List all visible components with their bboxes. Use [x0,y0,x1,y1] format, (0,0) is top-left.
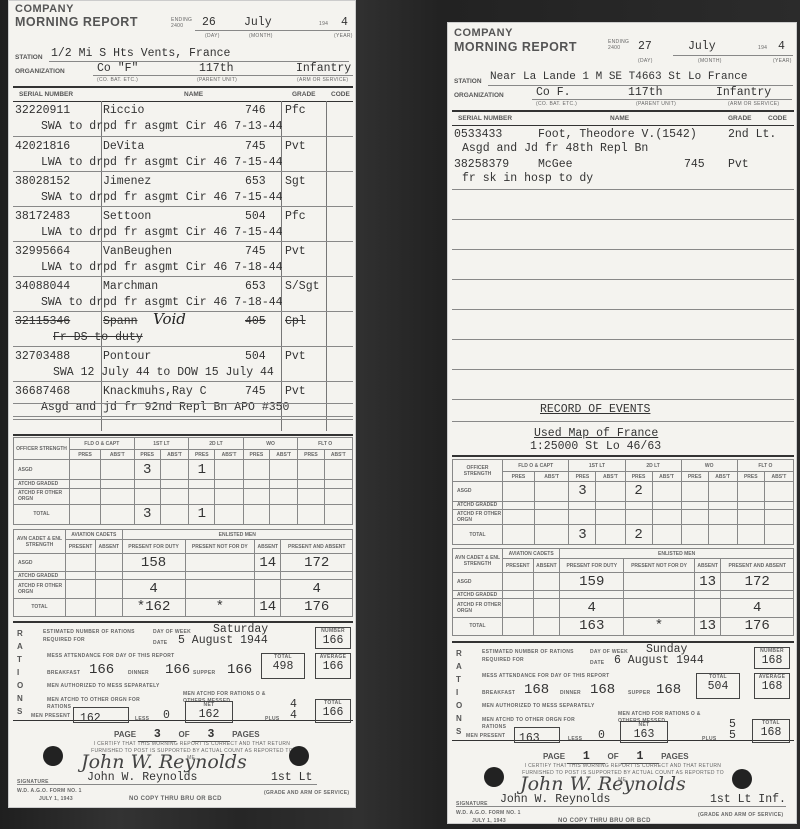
year-label: 194 [319,21,328,27]
officer-strength-label: OFFICER STRENGTH [453,460,503,482]
org-sublabel-arm: (ARM OR SERVICE) [297,77,348,83]
mess-total-box: TOTAL 498 [261,653,305,679]
signature: John W. Reynolds [81,751,247,773]
net-box: NET 162 [185,701,233,723]
row-total: TOTAL [14,598,66,617]
atchd-other-present-and-absent: 4 [721,599,794,617]
grade: Pfc [285,210,306,223]
dinner-label: DINNER [560,690,581,696]
group-wo: WO [243,438,298,450]
group-fld-o-capt: FLD O & CAPT [70,438,135,450]
ration-number: 166 [316,634,350,647]
serial-number: 34088044 [15,280,70,293]
remark-row: SWA 12 July 44 to DOW 15 July 44 [13,365,353,381]
col-present: PRESENT [66,540,96,554]
soldier-name: Settoon [103,210,151,223]
col-name: NAME [610,115,629,122]
number-box: NUMBER 166 [315,627,351,649]
soldier-name: Spann [103,315,138,328]
dinner-value: 168 [590,682,615,698]
entry-row: 36687468 Knackmuhs,Ray C 745 Pvt [13,382,353,402]
group-flt-o: FLT O [737,460,793,472]
remark-row: LWA to drpd fr asgmt Cir 46 7-18-44 [13,260,353,276]
row-atchd-other-orgn: ATCHD FR OTHER ORGN [14,580,66,598]
subcol-pres: PRES [503,472,535,482]
entries-list: 0533433 Foot, Theodore V.(1542) 2nd Lt. … [452,125,794,415]
day-sublabel: (DAY) [205,33,220,39]
total-present-and-absent: 176 [281,598,353,617]
mess-average: 166 [316,660,350,673]
rations-section: RATIONS ESTIMATED NUMBER OF RATIONS REQU… [452,641,794,741]
spec-code: 745 [245,385,266,398]
less-label: LESS [568,736,582,742]
entry-row: 32220911 Riccio 746 Pfc [13,101,353,121]
grand-total: 168 [753,726,789,739]
serial-number: 36687468 [15,385,70,398]
event-line-2: 1:25000 St Lo 46/63 [530,440,661,453]
breakfast-value: 166 [89,662,114,678]
organization-label: ORGANIZATION [454,92,504,99]
subcol-pres: PRES [681,472,708,482]
average-box: AVERAGE 166 [315,653,351,679]
mess-total: 504 [697,680,739,693]
serial-number: 38028152 [15,175,70,188]
month-sublabel: (MONTH) [249,33,273,39]
less-label: LESS [135,716,149,722]
group-flt-o: FLT O [298,438,353,450]
grade: S/Sgt [285,280,320,293]
grand-total-box: TOTAL 166 [315,699,351,723]
grade: Cpl [285,315,306,328]
date-label: DATE [153,640,167,646]
org-sublabel-arm: (ARM OR SERVICE) [728,101,779,107]
form-number: W.D. A.G.O. FORM NO. 1 [456,810,521,816]
subcol-abst: ABS'T [652,472,681,482]
report-day: 26 [202,16,216,29]
grade: Pfc [285,104,306,117]
asgd-absent: 14 [255,554,281,572]
station-label: STATION [454,78,482,85]
supper-label: SUPPER [193,670,215,676]
report-year: 4 [778,40,785,53]
form-note: NO COPY THRU BRU OR BCD [129,796,222,802]
supper-value: 166 [227,662,252,678]
enlisted-men-header: ENLISTED MEN [560,549,794,559]
atchd-other-present-for-duty: 4 [122,580,185,598]
entry-row: 38172483 Settoon 504 Pfc [13,207,353,227]
total-present-and-absent: 176 [721,617,794,636]
estimated-rations-label: ESTIMATED NUMBER OF RATIONS REQUIRED FOR [482,648,577,664]
group-1st-lt: 1ST LT [569,460,625,472]
row-atchd-graded: ATCHD GRADED [14,480,70,488]
subcol-abst: ABS'T [764,472,793,482]
form-title-report: MORNING REPORT [454,40,577,54]
binder-hole-left [484,767,504,787]
form-title-report: MORNING REPORT [15,15,138,29]
page-number: 1 [567,750,605,764]
page-indicator: PAGE 1 OF 1 PAGES [543,750,689,764]
event-line-1: Used Map of France [534,427,658,440]
ration-number: 168 [755,654,789,667]
page-number: 3 [138,728,176,742]
col-grade: GRADE [728,115,751,122]
total-present-not-for-dy: * [185,598,255,617]
mess-attendance-label: MESS ATTENDANCE FOR DAY OF THIS REPORT [482,673,610,679]
col-serial-number: SERIAL NUMBER [458,115,512,122]
first-lt-pres-total: 3 [569,525,596,545]
col-present-for-duty: PRESENT FOR DUTY [560,559,624,573]
form-number: W.D. A.G.O. FORM NO. 1 [17,788,82,794]
first-lt-pres-total: 3 [134,504,160,524]
ration-date-value: 6 August 1944 [614,654,704,667]
officer-strength-table: OFFICER STRENGTH FLD O & CAPT 1ST LT 2D … [452,459,794,545]
subcol-pres: PRES [243,450,269,460]
subcol-abst: ABS'T [324,450,352,460]
org-arm: Infantry [716,86,771,99]
ending-label: ENDING 2400 [171,17,191,29]
col-code: CODE [768,115,787,122]
ration-date-value: 5 August 1944 [178,634,268,647]
group-wo: WO [681,460,737,472]
rations-section: RATIONS ESTIMATED NUMBER OF RATIONS REQU… [13,621,353,721]
morning-report-card-july-27: COMPANY MORNING REPORT ENDING 2400 27 Ju… [447,22,797,824]
plus-value: 4 [290,709,297,722]
soldier-name: Marchman [103,280,158,293]
officer-strength-label: OFFICER STRENGTH [14,438,70,460]
group-1st-lt: 1ST LT [134,438,189,450]
entry-row: 42021816 DeVita 745 Pvt [13,137,353,157]
group-2d-lt: 2D LT [625,460,681,472]
remark-row: SWA to drpd fr asgmt Cir 46 7-15-44 [13,190,353,206]
remark: SWA to drpd fr asgmt Cir 46 7-18-44 [41,296,283,309]
date-label: DATE [590,660,604,666]
officer-strength-table: OFFICER STRENGTH FLD O & CAPT 1ST LT 2D … [13,437,353,525]
row-total: TOTAL [453,525,503,545]
remark-row: SWA to drpd fr asgmt Cir 46 7-18-44 [13,295,353,311]
org-sublabel-co: (CO. BAT. ETC.) [97,77,138,83]
remark-row: fr sk in hosp to dy [452,171,794,187]
org-parent-unit: 117th [628,86,663,99]
plus-value: 5 [729,729,736,742]
subcol-pres: PRES [189,450,215,460]
report-day: 27 [638,40,652,53]
grade: Pvt [285,245,306,258]
form-title-company: COMPANY [15,3,74,15]
subcol-abst: ABS'T [708,472,737,482]
organization-label: ORGANIZATION [15,68,65,75]
grade: Pvt [285,140,306,153]
enlisted-men-header: ENLISTED MEN [122,530,353,540]
asgd-present-for-duty: 159 [560,573,624,591]
rations-side-label: RATIONS [456,647,464,738]
average-box: AVERAGE 168 [754,673,790,699]
page-total: 1 [621,750,659,764]
spec-code: 504 [245,210,266,223]
remark: SWA to drpd fr asgmt Cir 46 7-13-44 [41,120,283,133]
spec-code: 504 [245,350,266,363]
dinner-value: 166 [165,662,190,678]
col-absent: ABSENT [96,540,122,554]
second-lt-pres-total: 2 [625,525,652,545]
remark: LWA to drpd fr asgmt Cir 46 7-15-44 [41,156,283,169]
col-em-absent: ABSENT [255,540,281,554]
breakfast-value: 168 [524,682,549,698]
subcol-pres: PRES [625,472,652,482]
second-lt-pres-asgd: 2 [625,482,652,502]
entry-row: 32995664 VanBeughen 745 Pvt [13,242,353,262]
first-lt-pres-asgd: 3 [569,482,596,502]
second-lt-pres-total: 1 [189,504,215,524]
subcol-pres: PRES [134,450,160,460]
row-total: TOTAL [14,504,70,524]
entry-row: 32703488 Pontour 504 Pvt [13,347,353,367]
row-asgd: ASGD [14,554,66,572]
remark-row: SWA to drpd fr asgmt Cir 46 7-13-44 [13,119,353,135]
remark-row: LWA to drpd fr asgmt Cir 46 7-15-44 [13,225,353,241]
remark: SWA to drpd fr asgmt Cir 46 7-15-44 [41,191,283,204]
remark: LWA to drpd fr asgmt Cir 46 7-18-44 [41,261,283,274]
col-present-and-absent: PRESENT AND ABSENT [721,559,794,573]
less-value: 0 [598,729,605,742]
binder-hole-right [289,746,309,766]
row-asgd: ASGD [453,573,503,591]
subcol-abst: ABS'T [215,450,243,460]
plus-label: PLUS [702,736,717,742]
total-present-for-duty: *162 [122,598,185,617]
mess-total-box: TOTAL 504 [696,673,740,699]
year-sublabel: (YEAR) [334,33,353,39]
spec-code: 653 [245,280,266,293]
record-of-events-heading: RECORD OF EVENTS [540,403,650,416]
serial-number: 32703488 [15,350,70,363]
spec-code: 745 [245,245,266,258]
page-total: 3 [192,728,230,742]
void-mark: Void [153,310,186,328]
subcol-abst: ABS'T [160,450,188,460]
group-2d-lt: 2D LT [189,438,244,450]
form-note: NO COPY THRU BRU OR BCD [558,818,651,824]
total-present-not-for-dy: * [624,617,695,636]
aviation-cadets-header: AVIATION CADETS [66,530,123,540]
asgd-present-for-duty: 158 [122,554,185,572]
asgd-absent: 13 [694,573,721,591]
soldier-name: Foot, Theodore V.(1542) [538,128,697,141]
enlisted-strength-label: AVN CADET & ENL STRENGTH [453,549,503,573]
serial-number: 38172483 [15,210,70,223]
less-value: 0 [163,709,170,722]
total-absent: 14 [255,598,281,617]
subcol-pres: PRES [569,472,596,482]
form-date: JULY 1, 1943 [39,796,73,802]
grade: Sgt [285,175,306,188]
net-value: 162 [186,708,232,721]
subcol-abst: ABS'T [596,472,625,482]
subcol-pres: PRES [298,450,324,460]
subcol-abst: ABS'T [534,472,569,482]
year-label: 194 [758,45,767,51]
signatory-rank: 1st Lt [271,771,312,784]
grade: Pvt [285,350,306,363]
org-sublabel-co: (CO. BAT. ETC.) [536,101,577,107]
grand-total-box: TOTAL 168 [752,719,790,743]
spec-code: 746 [245,104,266,117]
soldier-name: VanBeughen [103,245,172,258]
binder-hole-right [732,769,752,789]
spec-code: 405 [245,315,266,328]
month-sublabel: (MONTH) [698,58,722,64]
breakfast-label: BREAKFAST [482,690,515,696]
grade-note: (GRADE AND ARM OF SERVICE) [698,812,783,818]
form-date: JULY 1, 1943 [472,818,506,824]
men-present-label: MEN PRESENT [466,733,505,739]
signature: John W. Reynolds [520,773,686,795]
group-fld-o-capt: FLD O & CAPT [503,460,569,472]
soldier-name: Riccio [103,104,144,117]
station-value: 1/2 Mi S Hts Vents, France [51,47,230,60]
men-present: 163 [515,732,540,745]
rations-side-label: RATIONS [17,627,25,718]
report-month: July [688,40,716,53]
remark-row: LWA to drpd fr asgmt Cir 46 7-15-44 [13,155,353,171]
grade: Pvt [728,158,749,171]
spec-code: 745 [245,140,266,153]
col-present-not-for-dy: PRESENT NOT FOR DY [624,559,695,573]
asgd-present-and-absent: 172 [721,573,794,591]
row-atchd-graded: ATCHD GRADED [14,572,66,580]
remark: Fr DS to duty [53,331,143,344]
supper-value: 168 [656,682,681,698]
signatory-rank: 1st Lt Inf. [710,793,786,806]
remark: fr sk in hosp to dy [462,172,593,185]
spec-code: 745 [684,158,705,171]
entry-row: 38028152 Jimenez 653 Sgt [13,172,353,192]
men-present-box: 163 [514,727,560,743]
net-box: NET 163 [620,721,668,743]
col-present-not-for-dy: PRESENT NOT FOR DY [185,540,255,554]
org-parent-unit: 117th [199,62,234,75]
subcol-pres: PRES [737,472,764,482]
grade: 2nd Lt. [728,128,776,141]
year-sublabel: (YEAR) [773,58,792,64]
org-sublabel-parent: (PARENT UNIT) [197,77,237,83]
row-total: TOTAL [453,617,503,636]
second-lt-pres-asgd: 1 [189,460,215,480]
col-code: CODE [331,91,350,98]
col-absent: ABSENT [533,559,560,573]
col-present: PRESENT [503,559,534,573]
men-present-box: 162 [73,707,129,723]
total-absent: 13 [694,617,721,636]
enlisted-strength-label: AVN CADET & ENL STRENGTH [14,530,66,554]
remark: LWA to drpd fr asgmt Cir 46 7-15-44 [41,226,283,239]
serial-number: 32220911 [15,104,70,117]
first-lt-pres-asgd: 3 [134,460,160,480]
org-arm: Infantry [296,62,351,75]
remark-row: Fr DS to duty [13,330,353,346]
serial-number: 38258379 [454,158,509,171]
serial-number: 32115346 [15,315,70,328]
subcol-pres: PRES [70,450,101,460]
grade: Pvt [285,385,306,398]
grade-note: (GRADE AND ARM OF SERVICE) [264,790,349,796]
authorized-separately-label: MEN AUTHORIZED TO MESS SEPARATELY [482,703,602,710]
signatory-typed-name: John W. Reynolds [87,771,197,784]
org-company: Co F. [536,86,571,99]
net-value: 163 [621,728,667,741]
mess-average: 168 [755,680,789,693]
col-name: NAME [184,91,203,98]
soldier-name: Jimenez [103,175,151,188]
dinner-label: DINNER [128,670,149,676]
men-present-label: MEN PRESENT [31,713,70,719]
subcol-abst: ABS'T [269,450,297,460]
row-atchd-other-orgn: ATCHD FR OTHER ORGN [453,509,503,524]
mess-attendance-label: MESS ATTENDANCE FOR DAY OF THIS REPORT [47,653,175,659]
aviation-cadets-header: AVIATION CADETS [503,549,560,559]
serial-number: 0533433 [454,128,502,141]
col-present-for-duty: PRESENT FOR DUTY [122,540,185,554]
report-month: July [244,16,272,29]
serial-number: 32995664 [15,245,70,258]
entries-list: 32220911 Riccio 746 Pfc SWA to drpd fr a… [13,101,353,431]
number-box: NUMBER 168 [754,647,790,669]
asgd-present-and-absent: 172 [281,554,353,572]
org-company: Co "F" [97,62,138,75]
form-title-company: COMPANY [454,27,513,39]
supper-label: SUPPER [628,690,650,696]
serial-number: 42021816 [15,140,70,153]
estimated-rations-label: ESTIMATED NUMBER OF RATIONS REQUIRED FOR [43,628,138,644]
row-asgd: ASGD [453,482,503,502]
atchd-other-present-and-absent: 4 [281,580,353,598]
enlisted-strength-table: AVN CADET & ENL STRENGTH AVIATION CADETS… [452,548,794,636]
remark: Asgd and Jd fr 48th Repl Bn [462,142,648,155]
spec-code: 653 [245,175,266,188]
row-atchd-other-orgn: ATCHD FR OTHER ORGN [14,488,70,504]
col-present-and-absent: PRESENT AND ABSENT [281,540,353,554]
total-present-for-duty: 163 [560,617,624,636]
soldier-name: McGee [538,158,573,171]
grand-total: 166 [316,706,350,719]
row-atchd-graded: ATCHD GRADED [453,591,503,599]
row-asgd: ASGD [14,460,70,480]
mess-total: 498 [262,660,304,673]
plus-label: PLUS [265,716,280,722]
entry-row-voided: 32115346 Spann Void 405 Cpl [13,312,353,332]
station-value: Near La Lande 1 M SE T4663 St Lo France [490,71,747,83]
row-atchd-other-orgn: ATCHD FR OTHER ORGN [453,599,503,617]
report-year: 4 [341,16,348,29]
entry-row: 34088044 Marchman 653 S/Sgt [13,277,353,297]
page-indicator: PAGE 3 OF 3 PAGES [114,728,260,742]
remark: SWA 12 July 44 to DOW 15 July 44 [53,366,274,379]
soldier-name: Knackmuhs,Ray C [103,385,207,398]
col-grade: GRADE [292,91,315,98]
enlisted-strength-table: AVN CADET & ENL STRENGTH AVIATION CADETS… [13,529,353,617]
signatory-typed-name: John W. Reynolds [500,793,610,806]
row-atchd-graded: ATCHD GRADED [453,501,503,509]
ending-label: ENDING 2400 [608,39,628,51]
atchd-other-present-for-duty: 4 [560,599,624,617]
soldier-name: DeVita [103,140,144,153]
soldier-name: Pontour [103,350,151,363]
col-serial-number: SERIAL NUMBER [19,91,73,98]
breakfast-label: BREAKFAST [47,670,80,676]
men-present: 162 [74,712,101,725]
authorized-separately-label: MEN AUTHORIZED TO MESS SEPARATELY [47,683,167,690]
org-sublabel-parent: (PARENT UNIT) [636,101,676,107]
subcol-abst: ABS'T [101,450,135,460]
